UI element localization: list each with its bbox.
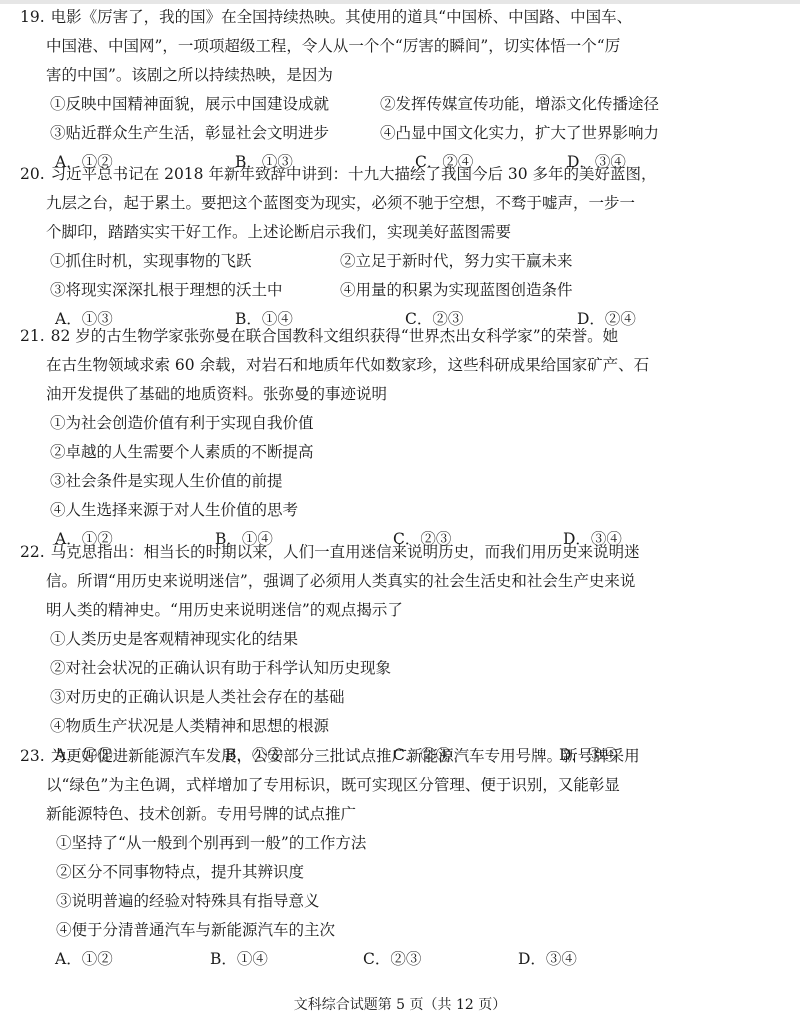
option-row: ③将现实深深扎根于理想的沃土中 ④用量的积累为实现蓝图创造条件 [20, 276, 700, 305]
option-2: ②卓越的人生需要个人素质的不断提高 [20, 438, 700, 467]
option-4: ④凸显中国文化实力，扩大了世界影响力 [380, 119, 659, 148]
option-2: ②发挥传媒宣传功能，增添文化传播途径 [380, 90, 659, 119]
option-1: ①抓住时机，实现事物的飞跃 [50, 247, 340, 276]
answer-c: C．②③ [363, 945, 518, 974]
option-1: ①为社会创造价值有利于实现自我价值 [20, 409, 700, 438]
option-4: ④便于分清普通汽车与新能源汽车的主次 [20, 916, 700, 945]
question-stem-line: 以“绿色”为主色调，式样增加了专用标识，既可实现区分管理、便于识别，又能彰显 [20, 771, 700, 800]
option-3: ③贴近群众生产生活，彰显社会文明进步 [50, 119, 380, 148]
question-stem-line: 19.电影《厉害了，我的国》在全国持续热映。其使用的道具“中国桥、中国路、中国车… [20, 3, 700, 32]
question-number: 20. [20, 165, 45, 183]
question-22: 22.马克思指出：相当长的时期以来，人们一直用迷信来说明历史，而我们用历史来说明… [20, 538, 700, 770]
page-footer: 文科综合试题第 5 页（共 12 页） [0, 994, 800, 1014]
question-stem-line: 23.为更好促进新能源汽车发展，公安部分三批试点推广新能源汽车专用号牌。新号牌采… [20, 742, 700, 771]
question-stem-line: 明人类的精神史。“用历史来说明迷信”的观点揭示了 [20, 596, 700, 625]
option-row: ①反映中国精神面貌，展示中国建设成就 ②发挥传媒宣传功能，增添文化传播途径 [20, 90, 700, 119]
question-stem-line: 油开发提供了基础的地质资料。张弥曼的事迹说明 [20, 380, 700, 409]
stem-text: 习近平总书记在 2018 年新年致辞中讲到：十九大描绘了我国今后 30 多年的美… [51, 165, 657, 183]
question-stem-line: 22.马克思指出：相当长的时期以来，人们一直用迷信来说明历史，而我们用历史来说明… [20, 538, 700, 567]
page-number-text: 文科综合试题第 5 页（共 12 页） [294, 997, 507, 1013]
question-stem-line: 新能源特色、技术创新。专用号牌的试点推广 [20, 800, 700, 829]
answer-b: B．①④ [210, 945, 363, 974]
question-stem-line: 九层之台，起于累土。要把这个蓝图变为现实，必须不驰于空想，不骛于嘘声，一步一 [20, 189, 700, 218]
question-stem-line: 害的中国”。该剧之所以持续热映，是因为 [20, 61, 700, 90]
stem-text: 电影《厉害了，我的国》在全国持续热映。其使用的道具“中国桥、中国路、中国车、 [51, 8, 632, 26]
question-stem-line: 20.习近平总书记在 2018 年新年致辞中讲到：十九大描绘了我国今后 30 多… [20, 160, 700, 189]
option-2: ②对社会状况的正确认识有助于科学认知历史现象 [20, 654, 700, 683]
question-number: 19. [20, 8, 45, 26]
option-2: ②区分不同事物特点，提升其辨识度 [20, 858, 700, 887]
option-4: ④物质生产状况是人类精神和思想的根源 [20, 712, 700, 741]
question-stem-line: 21.82 岁的古生物学家张弥曼在联合国教科文组织获得“世界杰出女科学家”的荣誉… [20, 322, 700, 351]
option-4: ④用量的积累为实现蓝图创造条件 [340, 276, 573, 305]
question-stem-line: 中国港、中国网”，一项项超级工程，令人从一个个“厉害的瞬间”，切实体悟一个“厉 [20, 32, 700, 61]
question-number: 21. [20, 327, 45, 345]
option-2: ②立足于新时代，努力实干赢未来 [340, 247, 573, 276]
answer-choices: A．①② B．①④ C．②③ D．③④ [20, 945, 700, 974]
question-21: 21.82 岁的古生物学家张弥曼在联合国教科文组织获得“世界杰出女科学家”的荣誉… [20, 322, 700, 554]
option-3: ③对历史的正确认识是人类社会存在的基础 [20, 683, 700, 712]
option-1: ①反映中国精神面貌，展示中国建设成就 [50, 90, 380, 119]
question-20: 20.习近平总书记在 2018 年新年致辞中讲到：十九大描绘了我国今后 30 多… [20, 160, 700, 334]
option-1: ①人类历史是客观精神现实化的结果 [20, 625, 700, 654]
option-4: ④人生选择来源于对人生价值的思考 [20, 496, 700, 525]
question-23: 23.为更好促进新能源汽车发展，公安部分三批试点推广新能源汽车专用号牌。新号牌采… [20, 742, 700, 974]
question-19: 19.电影《厉害了，我的国》在全国持续热映。其使用的道具“中国桥、中国路、中国车… [20, 3, 700, 177]
answer-a: A．①② [55, 945, 210, 974]
option-row: ①抓住时机，实现事物的飞跃 ②立足于新时代，努力实干赢未来 [20, 247, 700, 276]
question-number: 22. [20, 543, 45, 561]
option-3: ③说明普遍的经验对特殊具有指导意义 [20, 887, 700, 916]
question-stem-line: 信。所谓“用历史来说明迷信”，强调了必须用人类真实的社会生活史和社会生产史来说 [20, 567, 700, 596]
option-3: ③将现实深深扎根于理想的沃土中 [50, 276, 340, 305]
stem-text: 马克思指出：相当长的时期以来，人们一直用迷信来说明历史，而我们用历史来说明迷 [51, 543, 640, 561]
option-1: ①坚持了“从一般到个别再到一般”的工作方法 [20, 829, 700, 858]
question-stem-line: 在古生物领域求索 60 余载，对岩石和地质年代如数家珍，这些科研成果给国家矿产、… [20, 351, 700, 380]
stem-text: 为更好促进新能源汽车发展，公安部分三批试点推广新能源汽车专用号牌。新号牌采用 [51, 747, 640, 765]
question-number: 23. [20, 747, 45, 765]
option-row: ③贴近群众生产生活，彰显社会文明进步 ④凸显中国文化实力，扩大了世界影响力 [20, 119, 700, 148]
question-stem-line: 个脚印，踏踏实实干好工作。上述论断启示我们，实现美好蓝图需要 [20, 218, 700, 247]
option-3: ③社会条件是实现人生价值的前提 [20, 467, 700, 496]
answer-d: D．③④ [518, 945, 577, 974]
stem-text: 82 岁的古生物学家张弥曼在联合国教科文组织获得“世界杰出女科学家”的荣誉。她 [51, 327, 619, 345]
